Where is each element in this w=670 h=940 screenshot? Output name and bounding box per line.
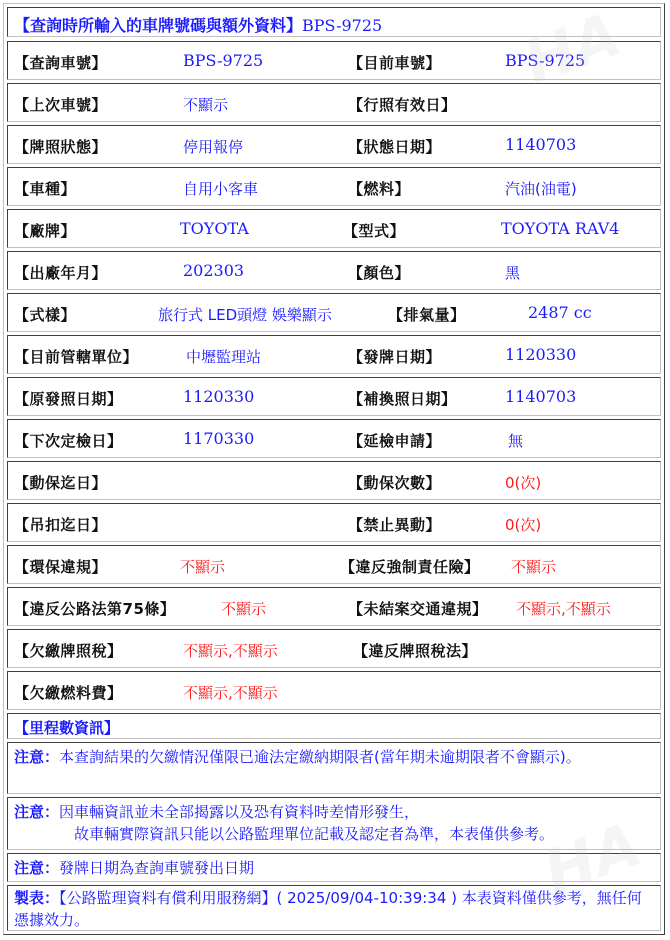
label-model: 【型式】 [343,220,405,241]
note-2: 注意：因車輛資訊並未全部揭露以及恐有資料時差情形發生， 故車輛實際資訊只能以公路… [14,801,654,845]
row-next-inspection: 【下次定檢日】 1170330 【延檢申請】 無 [7,419,661,458]
value-model: TOYOTA RAV4 [501,219,619,238]
note-3-prefix: 注意： [14,859,59,877]
header-title-text: 【查詢時所輸入的車牌號碼與額外資料】 [14,16,302,35]
label-license-tax-violation: 【違反牌照稅法】 [353,640,477,661]
label-highway-law-75: 【違反公路法第75條】 [14,598,175,619]
label-brand: 【廠牌】 [14,220,76,241]
row-original-license-date: 【原發照日期】 1120330 【補換照日期】 1140703 [7,377,661,416]
label-unpaid-license-tax: 【欠繳牌照稅】 [14,640,123,661]
label-query-plate: 【查詢車號】 [14,52,107,73]
label-current-plate: 【目前車號】 [348,52,441,73]
value-manufacture-date: 202303 [183,261,244,280]
row-environment-violation: 【環保違規】 不顯示 【違反強制責任險】 不顯示 [7,545,661,584]
row-vehicle-type: 【車種】 自用小客車 【燃料】 汽油(油電) [7,167,661,206]
value-open-traffic-violation: 不顯示,不顯示 [516,598,611,619]
vehicle-report-table: 【查詢時所輸入的車牌號碼與額外資料】BPS-9725 【查詢車號】 BPS-97… [3,3,665,935]
row-brand: 【廠牌】 TOYOTA 【型式】 TOYOTA RAV4 [7,209,661,248]
label-lien-end-date: 【動保迄日】 [14,472,107,493]
value-lien-count: 0(次) [505,472,541,493]
value-prev-plate: 不顯示 [183,94,228,115]
value-reissue-date: 1140703 [505,387,576,406]
note-1: 注意：本查詢結果的欠繳情況僅限已逾法定繳納期限者(當年期未逾期限者不會顯示)。 [14,746,654,768]
label-displacement: 【排氣量】 [388,304,466,325]
label-color: 【顏色】 [348,262,410,283]
value-transfer-ban: 0(次) [505,514,541,535]
label-unpaid-fuel-fee: 【欠繳燃料費】 [14,682,123,703]
label-plate-issue-date: 【發牌日期】 [348,346,441,367]
note-row-1: 注意：本查詢結果的欠繳情況僅限已逾法定繳納期限者(當年期未逾期限者不會顯示)。 [7,742,661,794]
label-inspection-extension: 【延檢申請】 [348,430,441,451]
value-style: 旅行式 LED頭燈 娛樂顯示 [158,304,332,325]
row-plate-status: 【牌照狀態】 停用報停 【狀態日期】 1140703 [7,125,661,164]
label-vehicle-type: 【車種】 [14,178,76,199]
note-2-line2: 故車輛實際資訊只能以公路監理單位記載及認定者為準，本表僅供參考。 [14,823,654,845]
value-fuel: 汽油(油電) [505,178,577,199]
label-open-traffic-violation: 【未結案交通違規】 [348,598,488,619]
value-unpaid-license-tax: 不顯示,不顯示 [183,640,278,661]
row-plate-numbers: 【查詢車號】 BPS-9725 【目前車號】 BPS-9725 [7,41,661,80]
footer-row: 製表：【公路監理資料有償利用服務網】( 2025/09/04-10:39:34 … [7,885,661,931]
label-reissue-date: 【補換照日期】 [348,388,457,409]
footer-note: 製表：【公路監理資料有償利用服務網】( 2025/09/04-10:39:34 … [14,887,654,931]
label-original-license-date: 【原發照日期】 [14,388,123,409]
header-row: 【查詢時所輸入的車牌號碼與額外資料】BPS-9725 [7,7,661,37]
note-3: 注意：發牌日期為查詢車號發出日期 [14,857,654,879]
value-unpaid-fuel-fee: 不顯示,不顯示 [183,682,278,703]
note-1-prefix: 注意： [14,748,59,766]
value-current-plate: BPS-9725 [505,51,585,70]
row-manufacture-date: 【出廠年月】 202303 【顏色】 黑 [7,251,661,290]
row-highway-law: 【違反公路法第75條】 不顯示 【未結案交通違規】 不顯示,不顯示 [7,587,661,626]
label-insurance-violation: 【違反強制責任險】 [340,556,480,577]
value-inspection-extension: 無 [508,430,523,451]
value-insurance-violation: 不顯示 [511,556,556,577]
value-next-inspection: 1170330 [183,429,254,448]
row-jurisdiction: 【目前管轄單位】 中壢監理站 【發牌日期】 1120330 [7,335,661,374]
mileage-section-title: 【里程數資訊】 [14,717,119,738]
value-brand: TOYOTA [180,219,249,238]
value-status-date: 1140703 [505,135,576,154]
note-3-text: 發牌日期為查詢車號發出日期 [59,859,254,877]
row-prev-plate: 【上次車號】 不顯示 【行照有效日】 [7,83,661,122]
label-license-valid-date: 【行照有效日】 [348,94,457,115]
row-suspension: 【吊扣迄日】 【禁止異動】 0(次) [7,503,661,542]
label-fuel: 【燃料】 [348,178,410,199]
label-style: 【式樣】 [14,304,76,325]
row-lien: 【動保迄日】 【動保次數】 0(次) [7,461,661,500]
value-environment-violation: 不顯示 [180,556,225,577]
header-plate: BPS-9725 [302,16,382,35]
label-status-date: 【狀態日期】 [348,136,441,157]
footer-text: 【公路監理資料有償利用服務網】( 2025/09/04-10:39:34 ) 本… [14,889,642,929]
row-style: 【式樣】 旅行式 LED頭燈 娛樂顯示 【排氣量】 2487 cc [7,293,661,332]
row-mileage-section: 【里程數資訊】 [7,713,661,739]
label-environment-violation: 【環保違規】 [14,556,107,577]
value-query-plate: BPS-9725 [183,51,263,70]
note-2-prefix: 注意： [14,803,59,821]
value-jurisdiction: 中壢監理站 [186,346,261,367]
value-displacement: 2487 cc [528,303,592,322]
label-transfer-ban: 【禁止異動】 [348,514,441,535]
label-prev-plate: 【上次車號】 [14,94,107,115]
footer-prefix: 製表： [14,889,59,907]
row-license-tax: 【欠繳牌照稅】 不顯示,不顯示 【違反牌照稅法】 [7,629,661,668]
value-vehicle-type: 自用小客車 [183,178,258,199]
label-suspension-end-date: 【吊扣迄日】 [14,514,107,535]
note-2-line1: 因車輛資訊並未全部揭露以及恐有資料時差情形發生， [59,803,419,821]
value-original-license-date: 1120330 [183,387,254,406]
label-manufacture-date: 【出廠年月】 [14,262,107,283]
label-jurisdiction: 【目前管轄單位】 [14,346,138,367]
value-plate-status: 停用報停 [183,136,243,157]
note-row-2: 注意：因車輛資訊並未全部揭露以及恐有資料時差情形發生， 故車輛實際資訊只能以公路… [7,797,661,850]
value-highway-law-75: 不顯示 [221,598,266,619]
value-plate-issue-date: 1120330 [505,345,576,364]
note-row-3: 注意：發牌日期為查詢車號發出日期 [7,853,661,882]
label-next-inspection: 【下次定檢日】 [14,430,123,451]
note-1-text: 本查詢結果的欠繳情況僅限已逾法定繳納期限者(當年期未逾期限者不會顯示)。 [59,748,581,766]
header-title: 【查詢時所輸入的車牌號碼與額外資料】BPS-9725 [14,13,382,36]
row-fuel-fee: 【欠繳燃料費】 不顯示,不顯示 [7,671,661,710]
label-lien-count: 【動保次數】 [348,472,441,493]
label-plate-status: 【牌照狀態】 [14,136,107,157]
value-color: 黑 [505,262,520,283]
